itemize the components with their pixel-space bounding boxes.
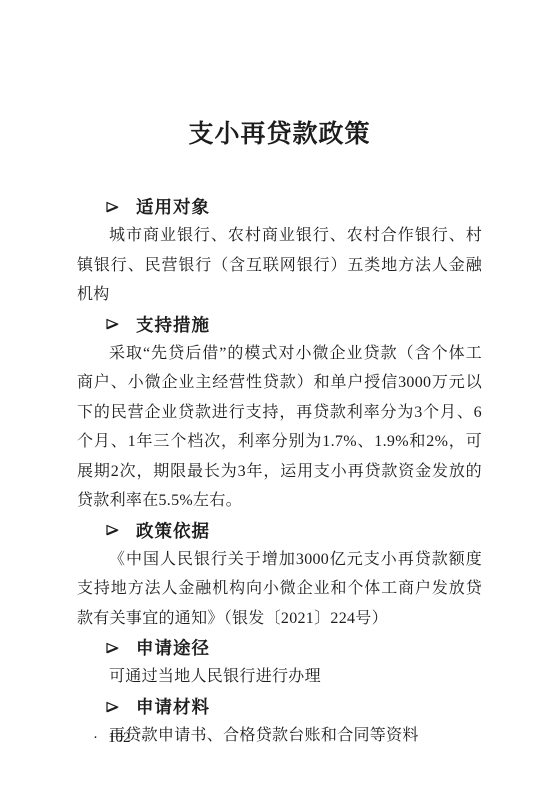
section-heading: 申请材料 — [77, 692, 482, 721]
arrowhead-right-icon — [105, 641, 119, 655]
arrowhead-right-icon — [105, 200, 119, 214]
footer-dot-right: · — [141, 728, 146, 748]
section-heading: 申请途径 — [77, 633, 482, 662]
section-heading: 支持措施 — [77, 310, 482, 339]
page-footer: · 102 · — [93, 728, 146, 748]
section-heading-label: 申请材料 — [136, 694, 210, 719]
section-heading-label: 申请途径 — [136, 635, 210, 660]
page-title: 支小再贷款政策 — [0, 0, 559, 152]
page-number: 102 — [108, 728, 131, 748]
section-heading: 政策依据 — [77, 515, 482, 544]
section-policy-basis: 政策依据 《中国人民银行关于增加3000亿元支小再贷款额度支持地方法人金融机构向… — [77, 515, 482, 633]
arrowhead-right-icon — [105, 317, 119, 331]
arrowhead-right-icon — [105, 700, 119, 714]
section-heading-label: 支持措施 — [136, 312, 210, 337]
section-body: 可通过当地人民银行进行办理 — [77, 662, 482, 691]
section-application-channel: 申请途径 可通过当地人民银行进行办理 — [77, 633, 482, 692]
section-body: 采取“先贷后借”的模式对小微企业贷款（含个体工商户、小微企业主经营性贷款）和单户… — [77, 339, 482, 515]
document-page: 支小再贷款政策 适用对象 城市商业银行、农村商业银行、农村合作银行、村镇银行、民… — [0, 0, 559, 793]
arrowhead-right-icon — [105, 523, 119, 537]
section-heading-label: 政策依据 — [136, 518, 210, 543]
section-heading: 适用对象 — [77, 192, 482, 221]
section-body: 城市商业银行、农村商业银行、农村合作银行、村镇银行、民营银行（含互联网银行）五类… — [77, 221, 482, 309]
section-applicable-targets: 适用对象 城市商业银行、农村商业银行、农村合作银行、村镇银行、民营银行（含互联网… — [77, 192, 482, 310]
section-body: 《中国人民银行关于增加3000亿元支小再贷款额度支持地方法人金融机构向小微企业和… — [77, 545, 482, 633]
section-support-measures: 支持措施 采取“先贷后借”的模式对小微企业贷款（含个体工商户、小微企业主经营性贷… — [77, 310, 482, 516]
footer-dot-left: · — [93, 728, 98, 748]
page-content: 适用对象 城市商业银行、农村商业银行、农村合作银行、村镇银行、民营银行（含互联网… — [77, 192, 482, 751]
section-heading-label: 适用对象 — [136, 194, 210, 219]
